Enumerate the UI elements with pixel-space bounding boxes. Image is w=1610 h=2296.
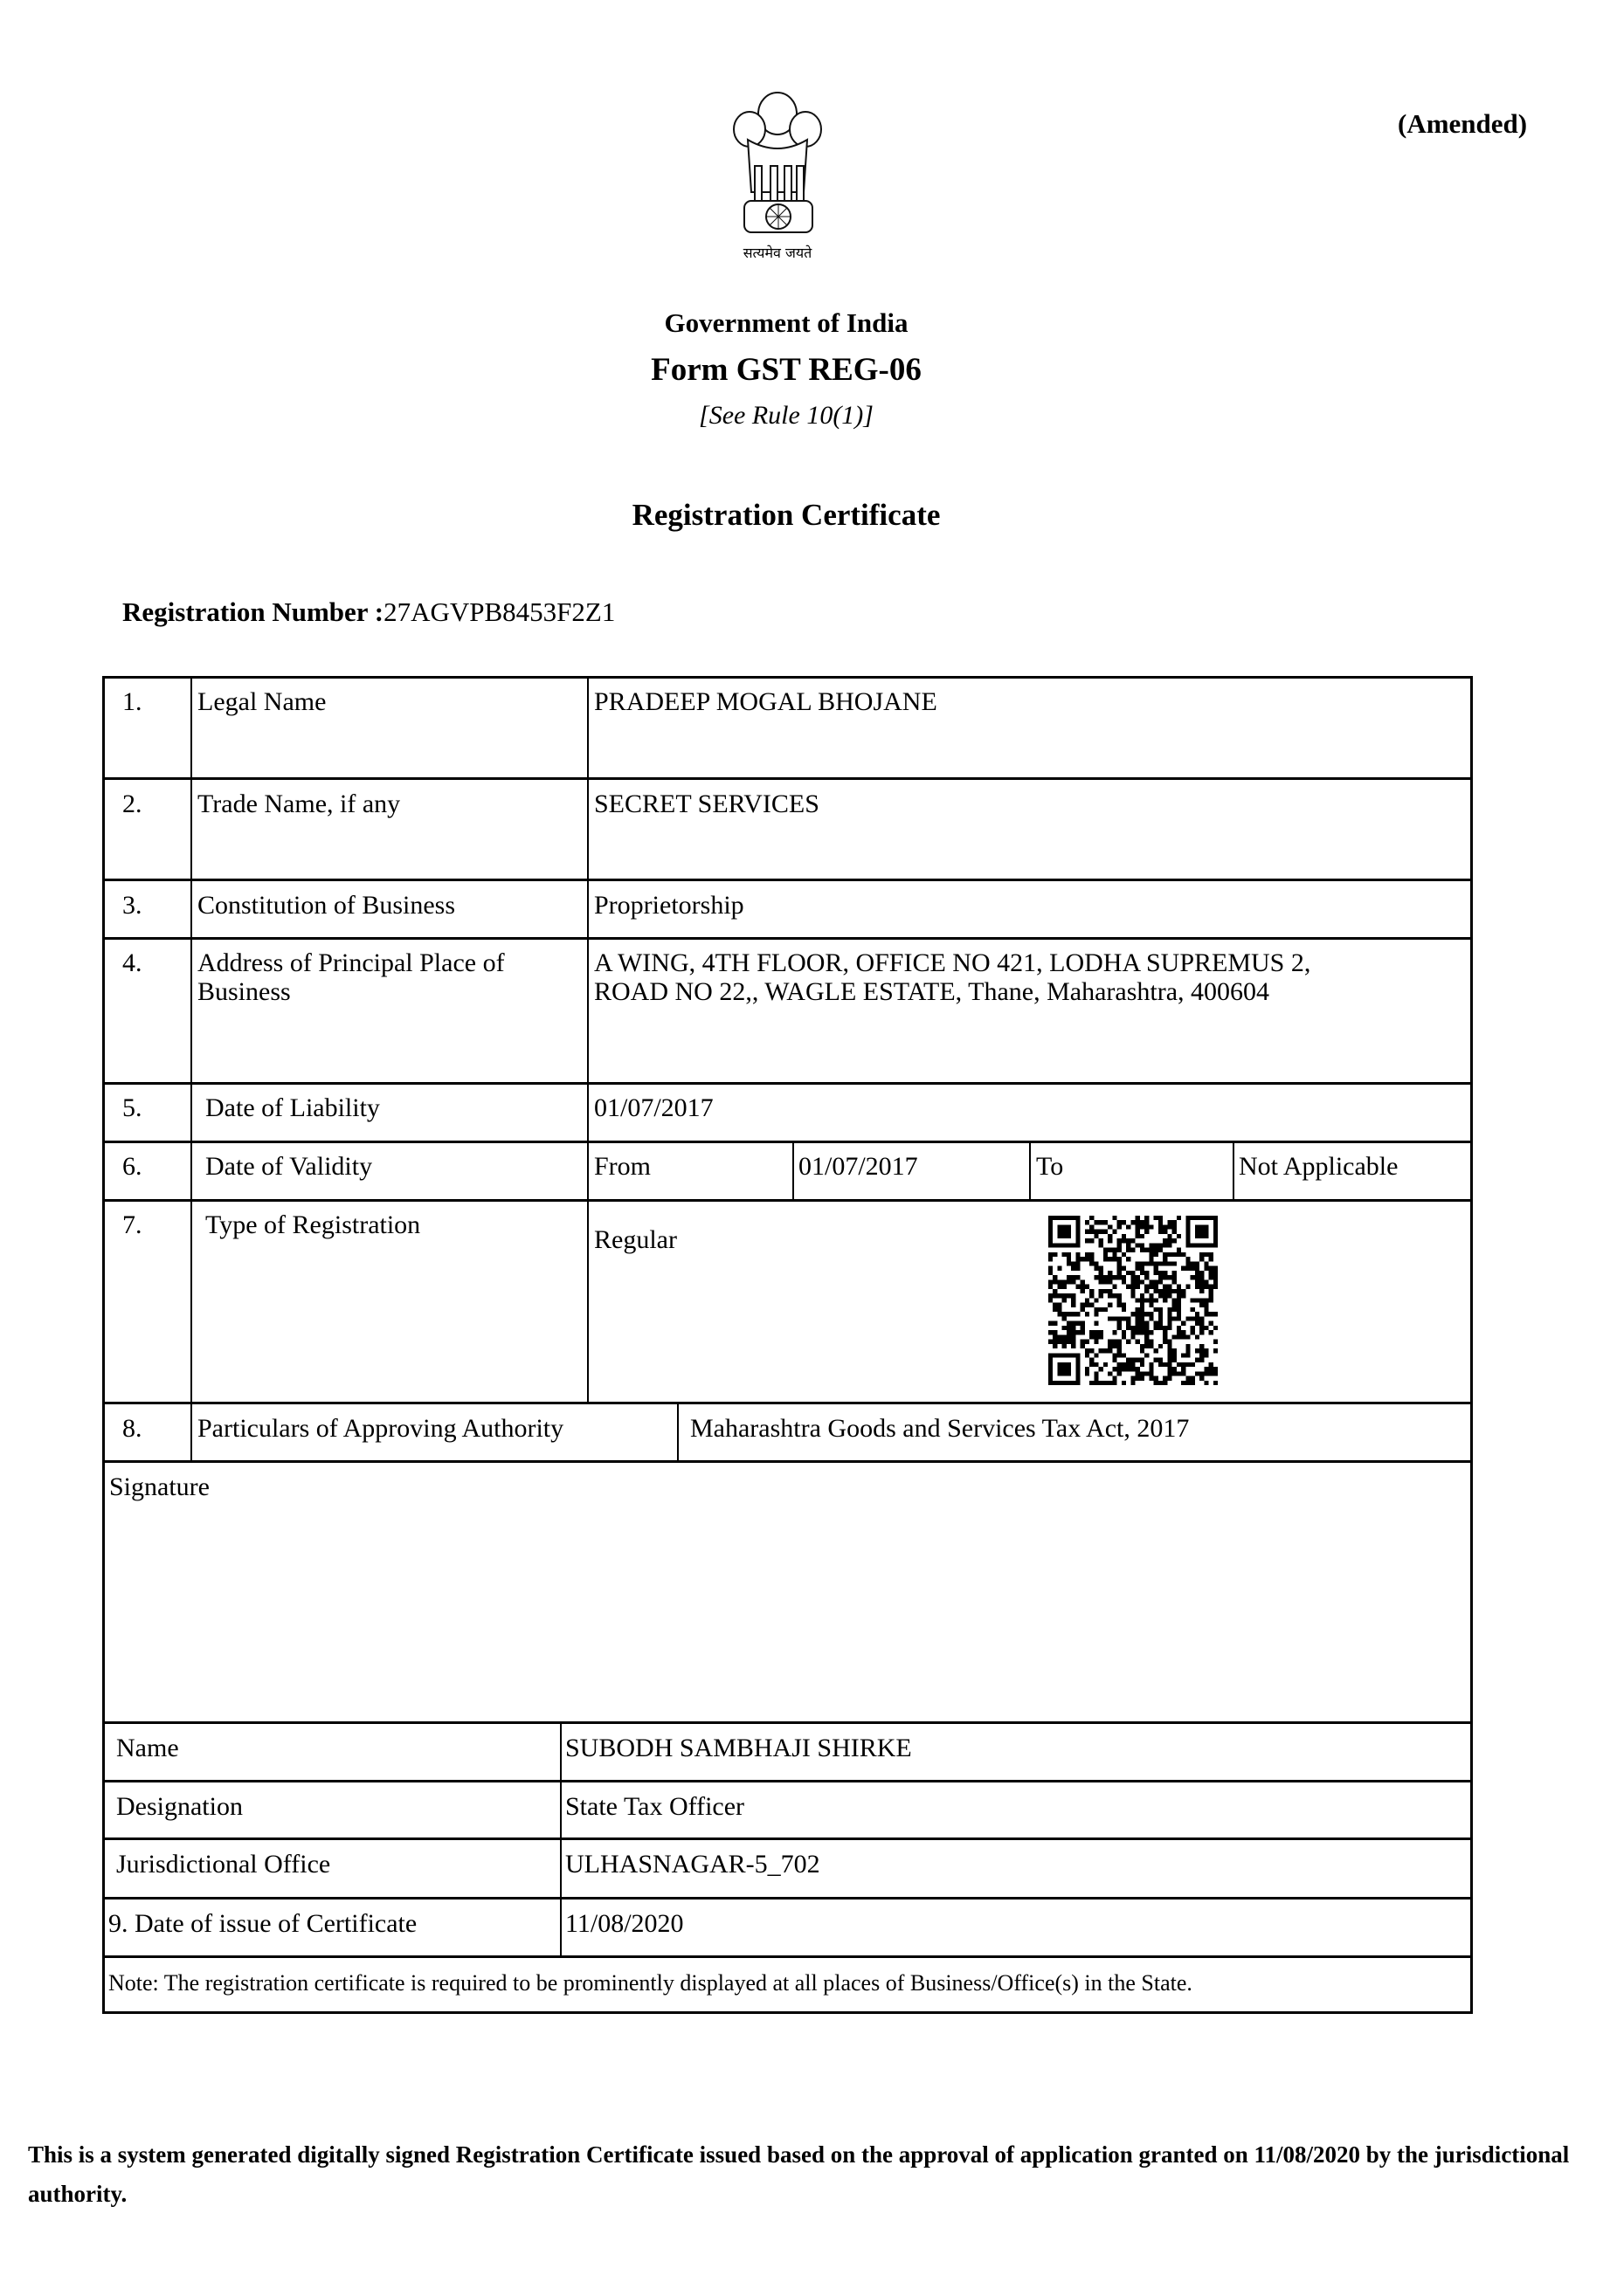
display-note: Note: The registration certificate is re…: [108, 1968, 1192, 1997]
form-title: Form GST REG-06: [0, 351, 1572, 389]
designation-value: State Tax Officer: [565, 1792, 744, 1821]
national-emblem-icon: सत्यमेव जयते: [730, 79, 825, 262]
government-heading: Government of India: [0, 307, 1572, 339]
validity-to-value: Not Applicable: [1239, 1152, 1398, 1181]
row-number: 4.: [122, 948, 142, 977]
jurisdictional-office-label: Jurisdictional Office: [116, 1850, 330, 1879]
legal-name-label: Legal Name: [197, 687, 326, 716]
row-number: 2.: [122, 789, 142, 818]
issue-date-value: 11/08/2020: [565, 1909, 684, 1938]
approving-authority-label: Particulars of Approving Authority: [197, 1414, 563, 1443]
registration-type-value: Regular: [594, 1225, 677, 1254]
address-label: Address of Principal Place ofBusiness: [197, 948, 505, 1006]
amended-label: (Amended): [1398, 108, 1527, 140]
registration-type-label: Type of Registration: [205, 1210, 420, 1239]
liability-date-value: 01/07/2017: [594, 1093, 714, 1122]
registration-number: Registration Number :27AGVPB8453F2Z1: [122, 596, 615, 628]
row-number: 6.: [122, 1152, 142, 1181]
address-value: A WING, 4TH FLOOR, OFFICE NO 421, LODHA …: [594, 948, 1310, 1006]
certificate-title: Registration Certificate: [0, 498, 1572, 533]
constitution-label: Constitution of Business: [197, 891, 455, 920]
validity-from-label: From: [594, 1152, 651, 1181]
svg-text:सत्यमेव जयते: सत्यमेव जयते: [743, 245, 812, 261]
validity-from-value: 01/07/2017: [798, 1152, 918, 1181]
rule-reference: [See Rule 10(1)]: [0, 401, 1572, 431]
row-number: 3.: [122, 891, 142, 920]
designation-label: Designation: [116, 1792, 243, 1821]
row-number: 5.: [122, 1093, 142, 1122]
validity-to-label: To: [1036, 1152, 1063, 1181]
system-generated-footer: This is a system generated digitally sig…: [28, 2135, 1592, 2214]
jurisdictional-office-value: ULHASNAGAR-5_702: [565, 1850, 820, 1879]
row-number: 1.: [122, 687, 142, 716]
qr-code-icon: [1048, 1216, 1218, 1385]
row-number: 8.: [122, 1414, 142, 1443]
constitution-value: Proprietorship: [594, 891, 744, 920]
signature-label: Signature: [109, 1472, 210, 1501]
trade-name-value: SECRET SERVICES: [594, 789, 819, 818]
officer-name-value: SUBODH SAMBHAJI SHIRKE: [565, 1734, 912, 1762]
trade-name-label: Trade Name, if any: [197, 789, 400, 818]
legal-name-value: PRADEEP MOGAL BHOJANE: [594, 687, 937, 716]
officer-name-label: Name: [116, 1734, 179, 1762]
liability-date-label: Date of Liability: [205, 1093, 380, 1122]
validity-label: Date of Validity: [205, 1152, 372, 1181]
approving-authority-value: Maharashtra Goods and Services Tax Act, …: [690, 1414, 1189, 1443]
row-number: 7.: [122, 1210, 142, 1239]
issue-date-label: 9. Date of issue of Certificate: [108, 1909, 417, 1938]
